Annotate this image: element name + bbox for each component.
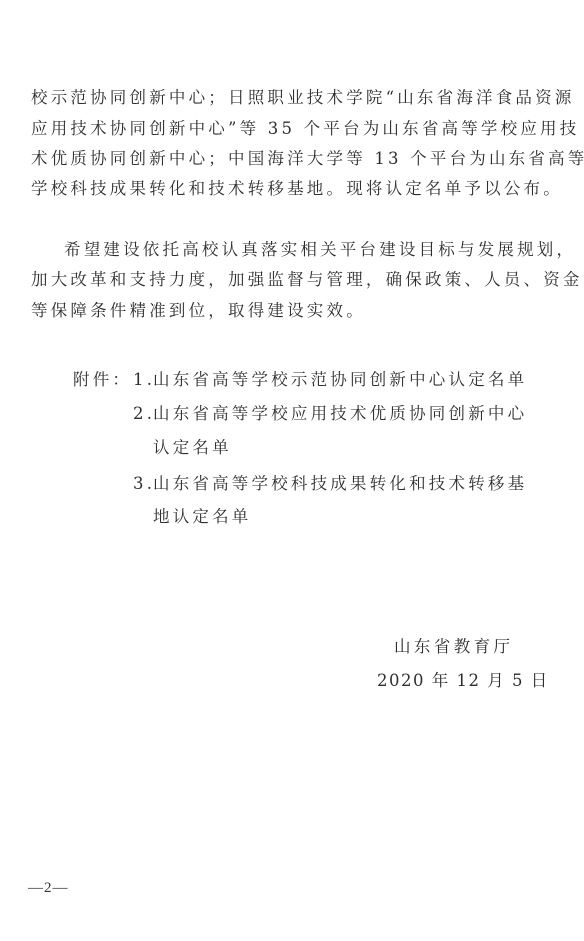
paragraph-line: 希望建设依托高校认真落实相关平台建设目标与发展规划， [64,240,576,260]
paragraph-line: 术优质协同创新中心；中国海洋大学等 13 个平台为山东省高等 [31,149,584,169]
paragraph-line: 应用技术协同创新中心”等 35 个平台为山东省高等学校应用技 [31,119,579,139]
attachment-title: 山东省高等学校应用技术优质协同创新中心 [153,404,527,424]
paragraph-line: 等保障条件精准到位，取得建设实效。 [31,301,366,321]
attachment-title: 山东省高等学校示范协同创新中心认定名单 [153,370,527,390]
attachments-label: 附件： [73,370,132,390]
attachment-title-continued: 认定名单 [153,438,232,458]
attachment-number: 3. [133,474,155,494]
attachment-number: 2. [133,404,155,424]
attachment-title-continued: 地认定名单 [153,507,252,527]
attachment-title: 山东省高等学校科技成果转化和技术转移基 [153,474,527,494]
issuer-name: 山东省教育厅 [394,633,513,657]
attachment-number: 1. [133,370,155,390]
paragraph-line: 学校科技成果转化和技术转移基地。现将认定名单予以公布。 [31,179,563,199]
page-number: —2— [28,880,69,897]
paragraph-line: 校示范协同创新中心；日照职业技术学院“山东省海洋食品资源 [31,88,575,108]
paragraph-line: 加大改革和支持力度，加强监督与管理，确保政策、人员、资金 [31,270,583,290]
document-page: 校示范协同创新中心；日照职业技术学院“山东省海洋食品资源 应用技术协同创新中心”… [0,0,584,941]
issue-date: 2020 年 12 月 5 日 [377,667,549,691]
